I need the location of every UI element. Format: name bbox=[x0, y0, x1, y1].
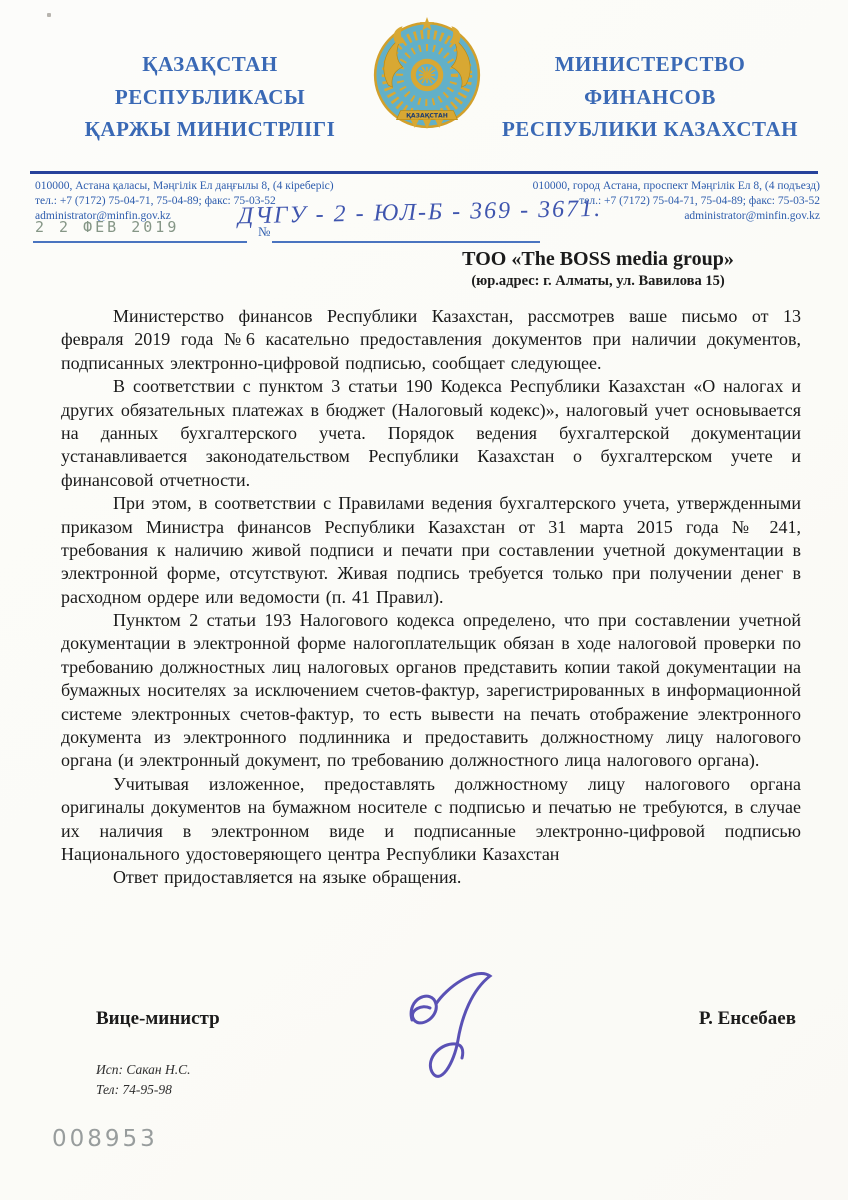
org-name-russian-line: ФИНАНСОВ bbox=[485, 81, 815, 114]
body-paragraph: Министерство финансов Республики Казахст… bbox=[61, 305, 801, 375]
incoming-date-stamp: 2 2 ФЕВ 2019 bbox=[35, 218, 179, 236]
emblem-banner-text: ҚАЗАҚСТАН bbox=[406, 112, 448, 119]
executor-block: Исп: Сакан Н.С. Тел: 74-95-98 bbox=[96, 1060, 191, 1101]
coat-of-arms-icon: ҚАЗАҚСТАН bbox=[366, 12, 488, 138]
body-paragraph: Пунктом 2 статьи 193 Налогового кодекса … bbox=[61, 609, 801, 773]
executor-name: Исп: Сакан Н.С. bbox=[96, 1060, 191, 1080]
org-name-kazakh-line: ҚАЗАҚСТАН bbox=[55, 48, 365, 81]
address-line: 010000, Астана қаласы, Мәңгілік Ел даңғы… bbox=[35, 179, 415, 194]
org-name-russian-line: МИНИСТЕРСТВО bbox=[485, 48, 815, 81]
scanned-letter-page: ҚАЗАҚСТАН РЕСПУБЛИКАСЫ ҚАРЖЫ МИНИСТРЛІГІ bbox=[0, 0, 848, 1200]
coat-of-arms-svg: ҚАЗАҚСТАН bbox=[366, 12, 488, 138]
address-line: 010000, город Астана, проспект Мәңгілік … bbox=[420, 179, 820, 194]
recipient-address: (юр.адрес: г. Алматы, ул. Вавилова 15) bbox=[378, 271, 818, 291]
signer-title: Вице-министр bbox=[96, 1008, 220, 1030]
letterhead-divider bbox=[30, 171, 818, 174]
org-name-russian-line: РЕСПУБЛИКИ КАЗАХСТАН bbox=[485, 113, 815, 146]
number-underline bbox=[272, 241, 540, 243]
letter-body: Министерство финансов Республики Казахст… bbox=[61, 305, 801, 890]
recipient-block: ТОО «The BOSS media group» (юр.адрес: г.… bbox=[378, 247, 818, 291]
date-underline bbox=[33, 241, 247, 243]
org-name-kazakh-line: РЕСПУБЛИКАСЫ bbox=[55, 81, 365, 114]
org-name-russian: МИНИСТЕРСТВО ФИНАНСОВ РЕСПУБЛИКИ КАЗАХСТ… bbox=[485, 48, 815, 146]
scan-artifact-dot bbox=[47, 13, 51, 17]
recipient-name: ТОО «The BOSS media group» bbox=[378, 247, 818, 271]
org-name-kazakh: ҚАЗАҚСТАН РЕСПУБЛИКАСЫ ҚАРЖЫ МИНИСТРЛІГІ bbox=[55, 48, 365, 146]
body-paragraph: Ответ придоставляется на языке обращения… bbox=[61, 866, 801, 889]
executor-phone: Тел: 74-95-98 bbox=[96, 1080, 191, 1100]
org-name-kazakh-line: ҚАРЖЫ МИНИСТРЛІГІ bbox=[55, 113, 365, 146]
signer-name: Р. Енсебаев bbox=[699, 1008, 796, 1030]
body-paragraph: Учитывая изложенное, предоставлять должн… bbox=[61, 773, 801, 867]
signature-svg bbox=[398, 968, 538, 1123]
body-paragraph: При этом, в соответствии с Правилами вед… bbox=[61, 492, 801, 609]
body-paragraph: В соответствии с пунктом 3 статьи 190 Ко… bbox=[61, 375, 801, 492]
form-serial-number: 008953 bbox=[52, 1126, 158, 1152]
handwritten-signature bbox=[398, 968, 538, 1123]
